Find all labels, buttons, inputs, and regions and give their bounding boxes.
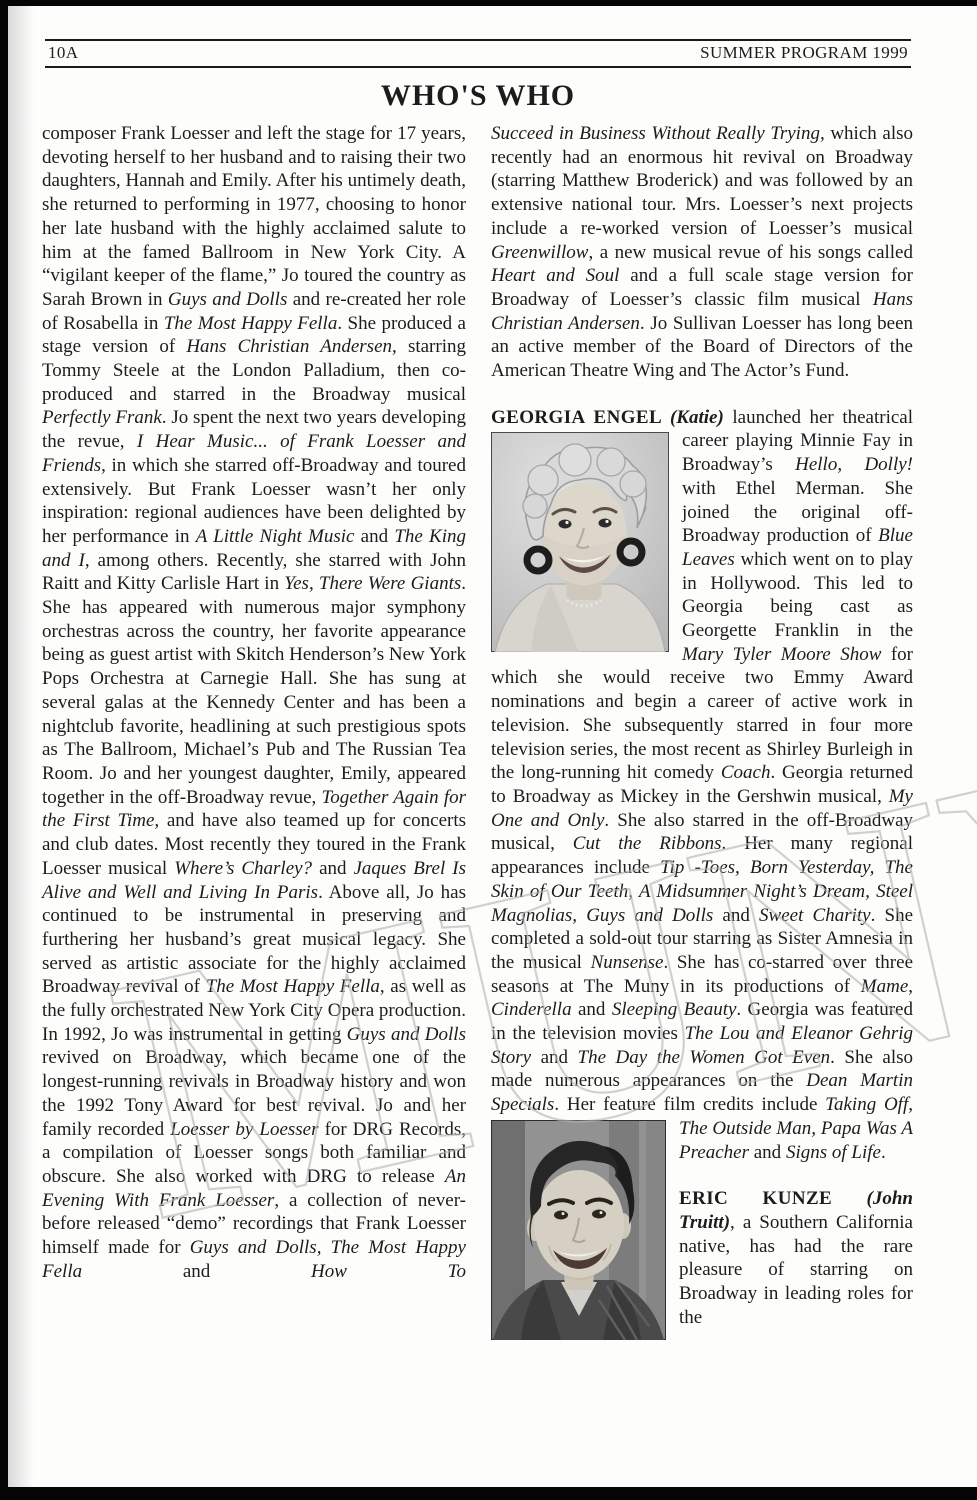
page-header: 10A SUMMER PROGRAM 1999 [45, 39, 911, 68]
text-run: ERIC KUNZE [679, 1188, 867, 1209]
text-run: composer Frank Loesser and left the stag… [42, 123, 466, 310]
text-run: and [572, 999, 612, 1020]
eric-kunze-photo [491, 1120, 666, 1340]
text-run: Hello, Dolly! [795, 454, 913, 475]
header-program-title: SUMMER PROGRAM 1999 [700, 43, 908, 63]
text-run: include [761, 1094, 825, 1115]
text-run: and [713, 905, 759, 926]
text-run: Cut the Ribbons [573, 833, 722, 854]
text-run: The Most Happy Fella [206, 976, 380, 997]
text-run: Nunsense [591, 952, 664, 973]
text-run: The Most Happy Fella [164, 313, 338, 334]
eric-kunze-portrait-illustration [491, 1120, 666, 1340]
text-run: Yes, There Were Giants [284, 573, 461, 594]
left-text-column: composer Frank Loesser and left the stag… [42, 122, 466, 1283]
text-run: Guys and Dolls [347, 1024, 466, 1045]
bio-paragraph-jo-sullivan-loesser: composer Frank Loesser and left the stag… [42, 122, 466, 1283]
text-run: Hans Christian Andersen, [186, 336, 396, 357]
bio-paragraph-loesser-continued: Succeed in Business Without Really Tryin… [491, 122, 913, 383]
text-run: How To [311, 1261, 466, 1282]
georgia-engel-portrait-illustration [491, 432, 669, 652]
scan-edge-top [0, 0, 977, 6]
text-run: . Her feature film credits [554, 1094, 761, 1115]
bio-paragraph-georgia-engel: GEORGIA ENGEL (Katie) launched her theat… [491, 406, 913, 1165]
text-run: Coach [721, 762, 771, 783]
text-run: Where’s Charley? [174, 858, 312, 879]
text-run: and [312, 858, 353, 879]
page-number: 10A [48, 43, 78, 63]
text-run: Perfectly Frank [42, 407, 162, 428]
text-run: Cinderella [491, 999, 572, 1020]
text-run: Broadway’s [682, 454, 795, 475]
text-run: Mary Tyler Moore Show [682, 644, 881, 665]
right-text-column: Succeed in Business Without Really Tryin… [491, 122, 913, 1345]
text-run: Guys and Dolls [168, 289, 287, 310]
text-run: and [531, 1047, 577, 1068]
text-run: . She has appeared with numerous major s… [42, 573, 466, 807]
page-title: WHO'S WHO [45, 79, 911, 113]
text-run: The Day the Women Got Even [578, 1047, 831, 1068]
text-run: Mame [861, 976, 908, 997]
scan-edge-bottom [0, 1487, 977, 1500]
text-run: . [881, 1142, 886, 1163]
text-run: Loesser by Loesser [170, 1119, 318, 1140]
georgia-engel-photo [491, 432, 669, 652]
text-run: , a new musical revue of his songs calle… [588, 242, 913, 263]
text-run: , [908, 976, 913, 997]
text-run: Sleeping Beauty [612, 999, 737, 1020]
text-run: Signs of Life [786, 1142, 881, 1163]
text-run: and [354, 526, 394, 547]
text-run: GEORGIA ENGEL [491, 407, 670, 428]
text-run: Heart and Soul [491, 265, 619, 286]
text-run: (Katie) [670, 407, 724, 428]
text-run: Succeed in Business Without Really Tryin… [491, 123, 825, 144]
scan-edge-left [0, 0, 8, 1500]
scan-gutter-shade [8, 0, 34, 1500]
text-run: and [82, 1261, 311, 1282]
text-run: Sweet Charity [759, 905, 871, 926]
text-run: A Little Night Music [196, 526, 355, 547]
text-run: Greenwillow [491, 242, 588, 263]
text-run: and [749, 1142, 786, 1163]
